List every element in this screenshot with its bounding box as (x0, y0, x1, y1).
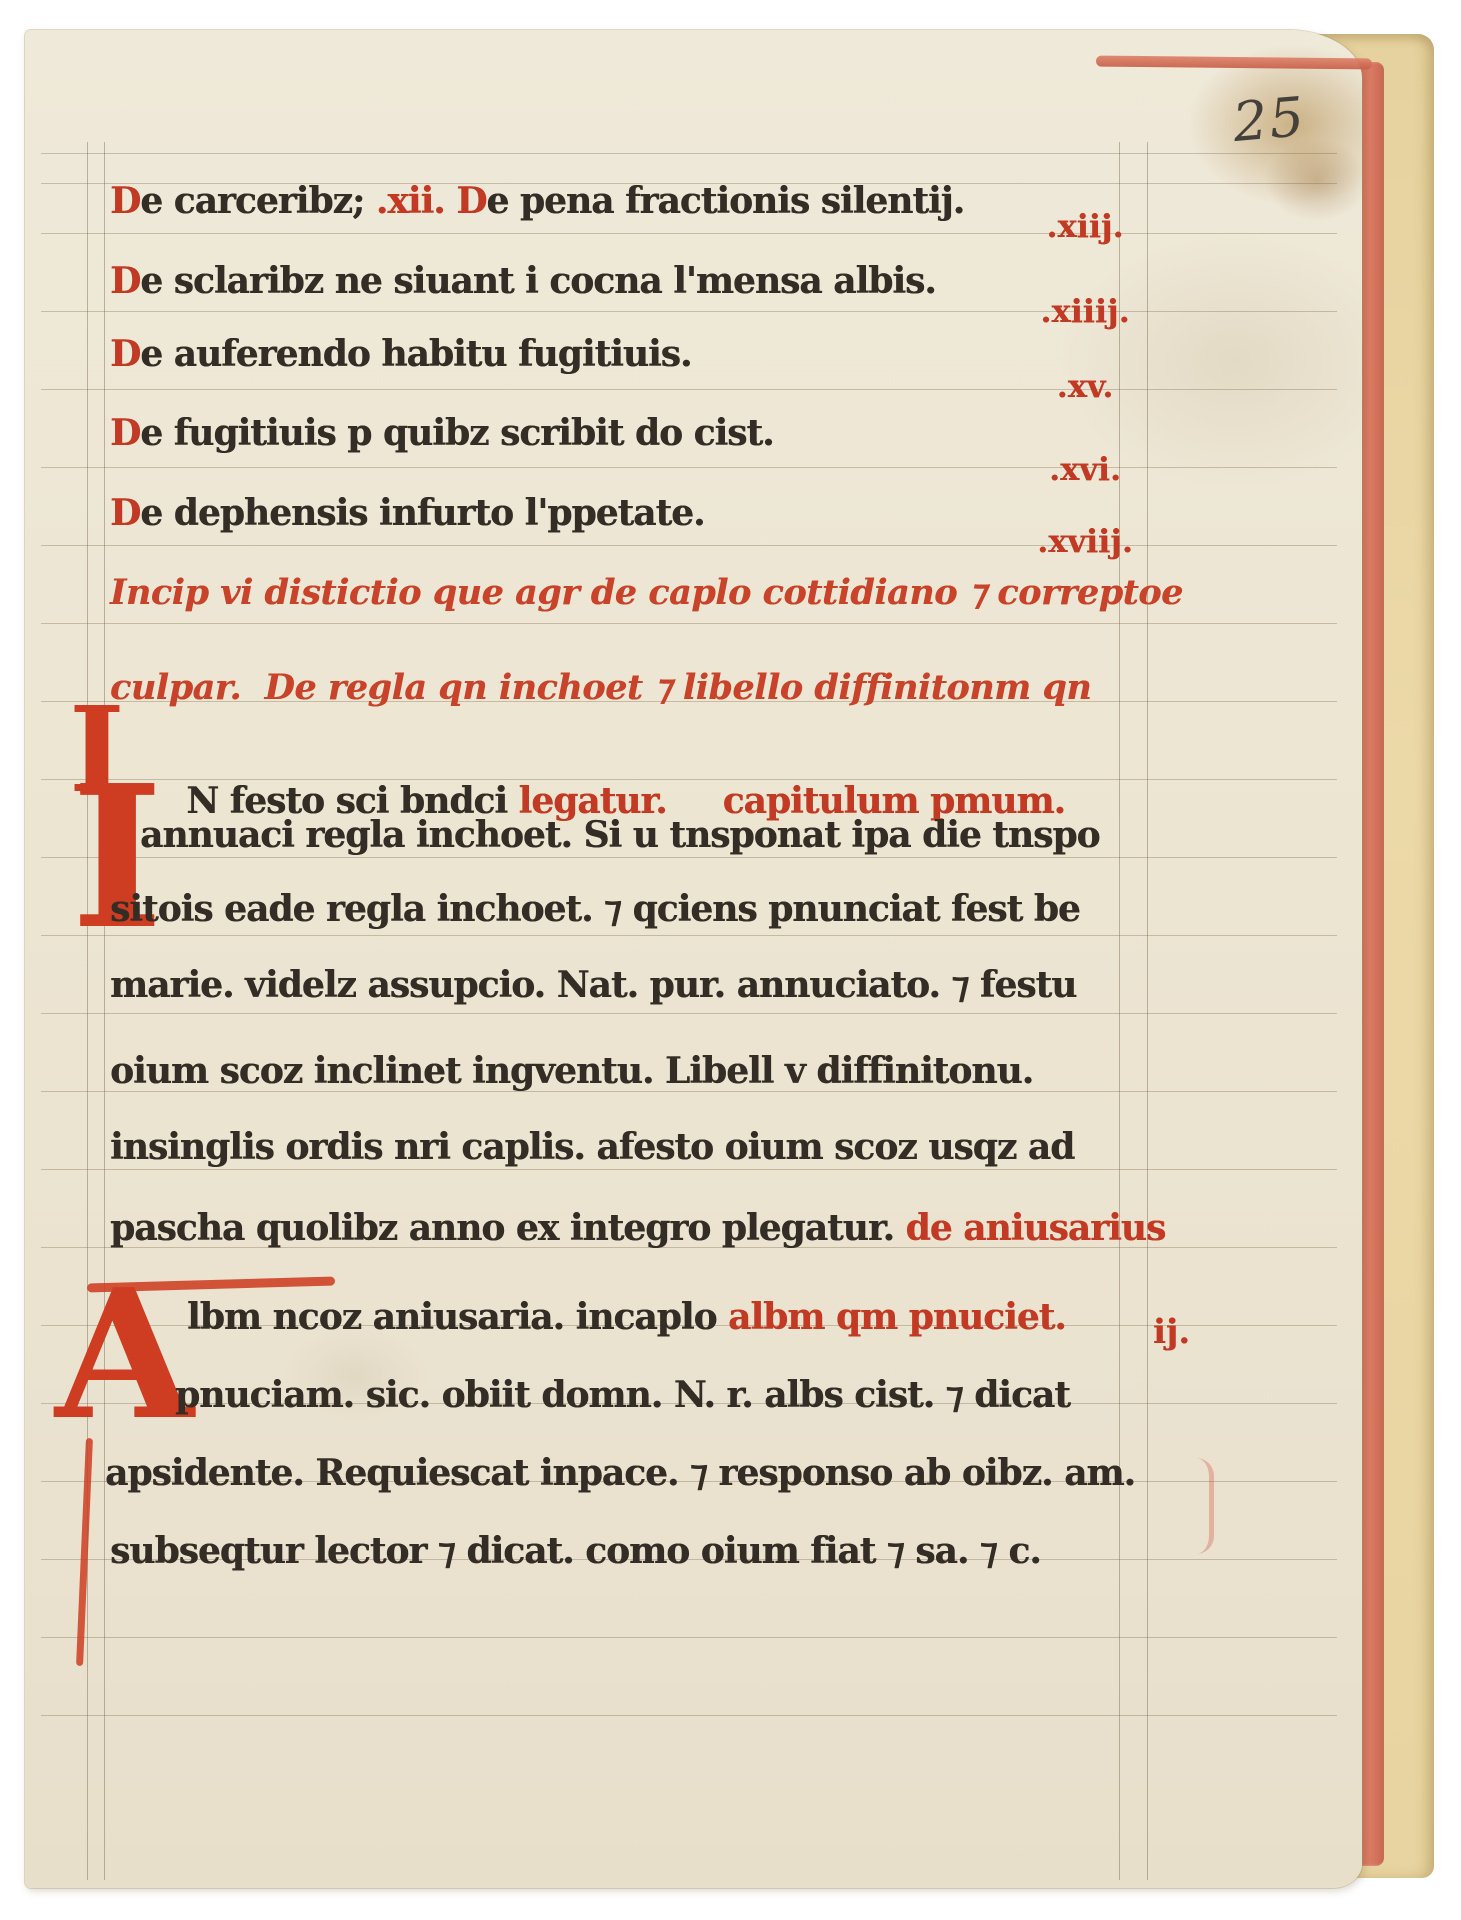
black-ink-segment: marie. videlz assupcio. Nat. pur. annuci… (110, 964, 1076, 1006)
black-ink-segment: pnuciam. sic. obiit domn. N. r. albs cis… (175, 1374, 1070, 1416)
red-ink-segment: D (110, 260, 140, 302)
text-line: annuaci regla inchoet. Si u tnsponat ipa… (140, 814, 1100, 857)
ruled-line (41, 935, 1337, 936)
black-ink-segment: subseqtur lector ⁊ dicat. como oium fiat… (110, 1530, 1041, 1572)
ruled-line (41, 153, 1337, 154)
chapter-numeral: .xvi. (1000, 450, 1170, 488)
text-line: insinglis ordis nri caplis. afesto oium … (110, 1126, 1074, 1169)
ruled-line (41, 1715, 1337, 1716)
black-ink-segment: e sclaribz ne siuant i cocna l'mensa alb… (140, 260, 936, 302)
rubric-line-1: Incip vi distictio que agr de caplo cott… (110, 572, 1183, 613)
chapter-numeral: .xiiij. (1000, 292, 1170, 330)
text-line: De sclaribz ne siuant i cocna l'mensa al… (110, 260, 936, 303)
text-line: apsidente. Requiescat inpace. ⁊ responso… (105, 1452, 1135, 1495)
text-line: De fugitiuis p quibz scribit do cist. (110, 412, 774, 455)
text-line: pnuciam. sic. obiit domn. N. r. albs cis… (175, 1374, 1070, 1417)
manuscript-photo: 25 De carceribz; .xii. De pena fractioni… (0, 0, 1461, 1920)
red-ink-segment: D (110, 412, 140, 454)
chapter-numeral: .xiij. (1000, 207, 1170, 245)
chapter-numeral: .xv. (1000, 367, 1170, 405)
red-ink-segment: D (110, 180, 140, 222)
black-ink-segment: insinglis ordis nri caplis. afesto oium … (110, 1126, 1074, 1168)
text-line: lbm ncoz aniusaria. incaplo albm qm pnuc… (187, 1296, 1066, 1339)
red-ink-segment: D (110, 333, 140, 375)
black-ink-segment: oium scoz inclinet ingventu. Libell v di… (110, 1050, 1033, 1092)
ruled-line (41, 1013, 1337, 1014)
black-ink-segment: lbm ncoz aniusaria. incaplo (187, 1296, 728, 1338)
black-ink-segment: apsidente. Requiescat inpace. ⁊ responso… (105, 1452, 1135, 1494)
text-line: De auferendo habitu fugitiuis. (110, 333, 691, 376)
chapter-numeral: .xviij. (1000, 522, 1170, 560)
red-ink-segment: de aniusarius (906, 1207, 1166, 1249)
text-line: De carceribz; .xii. De pena fractionis s… (110, 180, 964, 223)
rubric-line-2: culpar. De regla qn inchoet ⁊ libello di… (110, 667, 1091, 708)
text-line: sitois eade regla inchoet. ⁊ qciens pnun… (110, 888, 1080, 931)
margin-numeral-ij: ij. (1153, 1312, 1190, 1352)
folio-number: 25 (1230, 85, 1308, 154)
text-line: pascha quolibz anno ex integro plegatur.… (110, 1207, 1165, 1250)
ruled-line (41, 623, 1337, 624)
black-ink-segment: e carceribz; (140, 180, 376, 222)
versal-initial-a: A (55, 1282, 193, 1428)
black-ink-segment: sitois eade regla inchoet. ⁊ qciens pnun… (110, 888, 1080, 930)
text-line: subseqtur lector ⁊ dicat. como oium fiat… (110, 1530, 1041, 1573)
red-ink-segment: .xii. (376, 180, 456, 222)
ruled-line-vertical (104, 142, 105, 1880)
black-ink-segment: e auferendo habitu fugitiuis. (140, 333, 691, 375)
ruled-line-vertical (87, 142, 88, 1880)
black-ink-segment: e dephensis infurto l'ppetate. (140, 492, 704, 534)
black-ink-segment: e fugitiuis p quibz scribit do cist. (140, 412, 773, 454)
ruled-line (41, 1637, 1337, 1638)
initial-a-tail (76, 1438, 93, 1666)
red-ink-segment: D (110, 492, 140, 534)
red-ink-segment: D (456, 180, 486, 222)
red-margin-smudge (1183, 1458, 1214, 1554)
black-ink-segment: annuaci regla inchoet. Si u tnsponat ipa… (140, 814, 1100, 856)
black-ink-segment: pascha quolibz anno ex integro plegatur. (110, 1207, 906, 1249)
red-ink-segment: albm qm pnuciet. (728, 1296, 1066, 1338)
text-line: marie. videlz assupcio. Nat. pur. annuci… (110, 964, 1076, 1007)
text-line: De dephensis infurto l'ppetate. (110, 492, 705, 535)
text-line: oium scoz inclinet ingventu. Libell v di… (110, 1050, 1033, 1093)
manuscript-page: 25 De carceribz; .xii. De pena fractioni… (25, 30, 1362, 1888)
black-ink-segment: e pena fractionis silentij. (486, 180, 964, 222)
